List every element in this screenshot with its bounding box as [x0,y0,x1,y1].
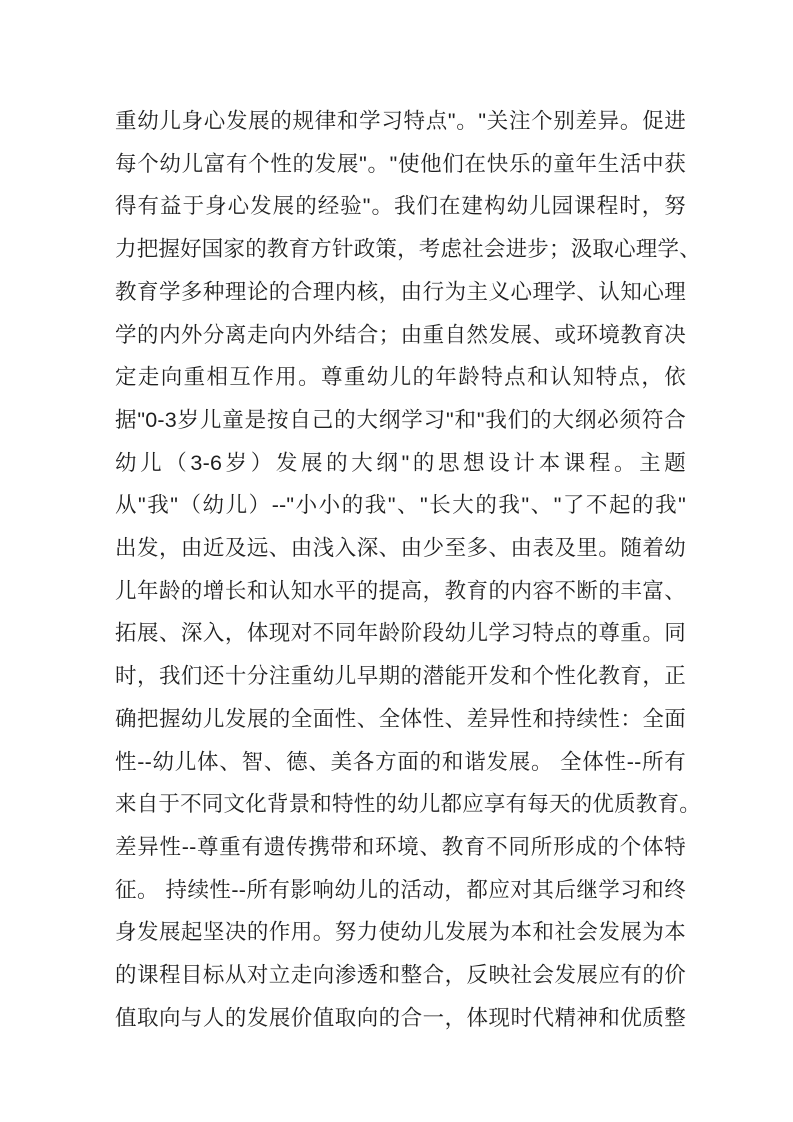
text-line: 差异性--尊重有遗传携带和环境、教育不同所形成的个体特 [115,826,686,869]
text-line: 来自于不同文化背景和特性的幼儿都应享有每天的优质教育。 [115,783,686,826]
text-line: 确把握幼儿发展的全面性、全体性、差异性和持续性：全面 [115,698,686,741]
text-line: 值取向与人的发展价值取向的合一，体现时代精神和优质整 [115,997,686,1040]
text-line: 力把握好国家的教育方针政策，考虑社会进步；汲取心理学、 [115,228,686,271]
text-line: 性--幼儿体、智、德、美各方面的和谐发展。 全体性--所有 [115,741,686,784]
text-line: 重幼儿身心发展的规律和学习特点"。"关注个别差异。促进 [115,100,686,143]
text-line: 教育学多种理论的合理内核，由行为主义心理学、认知心理 [115,271,686,314]
text-line: 定走向重相互作用。尊重幼儿的年龄特点和认知特点，依 [115,356,686,399]
text-line: 身发展起坚决的作用。努力使幼儿发展为本和社会发展为本 [115,911,686,954]
text-line: 学的内外分离走向内外结合；由重自然发展、或环境教育决 [115,314,686,357]
text-line: 据"0-3岁儿童是按自己的大纲学习"和"我们的大纲必须符合 [115,399,686,442]
text-line: 儿年龄的增长和认知水平的提高，教育的内容不断的丰富、 [115,570,686,613]
text-line: 从"我"（幼儿）--"小小的我"、"长大的我"、"了不起的我" [115,484,686,527]
text-line: 时，我们还十分注重幼儿早期的潜能开发和个性化教育，正 [115,655,686,698]
text-line: 每个幼儿富有个性的发展"。"使他们在快乐的童年生活中获 [115,143,686,186]
text-line: 拓展、深入，体现对不同年龄阶段幼儿学习特点的尊重。同 [115,612,686,655]
text-line: 出发，由近及远、由浅入深、由少至多、由表及里。随着幼 [115,527,686,570]
text-line: 得有益于身心发展的经验"。我们在建构幼儿园课程时，努 [115,185,686,228]
paragraph: 重幼儿身心发展的规律和学习特点"。"关注个别差异。促进 每个幼儿富有个性的发展"… [115,100,686,1039]
text-line: 幼儿（3-6岁）发展的大纲"的思想设计本课程。主题 [115,442,686,485]
text-line: 征。 持续性--所有影响幼儿的活动，都应对其后继学习和终 [115,869,686,912]
document-page: 重幼儿身心发展的规律和学习特点"。"关注个别差异。促进 每个幼儿富有个性的发展"… [0,0,793,1122]
text-line: 的课程目标从对立走向渗透和整合，反映社会发展应有的价 [115,954,686,997]
